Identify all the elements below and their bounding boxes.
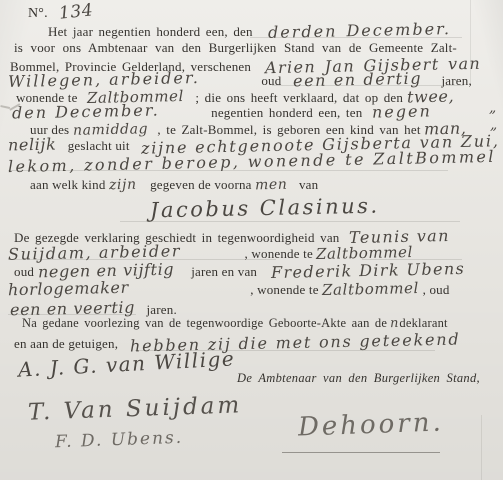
form-line: aan welk kind zijn gegeven de voorna men…: [30, 177, 318, 193]
printed-text: is voor ons Ambtenaar van den Burgerlijk…: [14, 40, 457, 55]
form-rule: [362, 259, 462, 260]
paper-crease: [470, 0, 471, 85]
printed-text: oud: [14, 264, 34, 279]
act-number: N°. 134: [28, 2, 94, 22]
printed-text: en aan de getuigen,: [14, 336, 118, 351]
continuation-mark: „: [489, 100, 496, 116]
act-number-label: N°.: [28, 6, 48, 21]
form-line: lekom, zonder beroep, wonende te ZaltBom…: [8, 152, 496, 171]
handwritten-entry: zijn: [109, 177, 137, 194]
handwritten-entry: lekom, zonder beroep, wonende te ZaltBom…: [8, 147, 496, 176]
official-signature: Dehoorn.: [298, 407, 445, 442]
handwritten-entry: derden December.: [268, 19, 451, 42]
handwritten-entry: Zaltbommel: [322, 279, 419, 299]
paper-crease: [481, 415, 482, 480]
handwritten-entry: n: [390, 316, 399, 331]
printed-text: aan welk kind: [30, 177, 106, 192]
witness2-signature: F. D. Ubens.: [55, 428, 184, 452]
form-rule: [272, 85, 464, 86]
form-line: Na gedane voorlezing van de tegenwoordig…: [22, 316, 448, 331]
form-rule: [250, 37, 462, 38]
handwritten-entry: horlogemaker: [8, 278, 129, 300]
printed-text: deklarant: [399, 316, 447, 330]
form-rule: [8, 259, 276, 260]
witness1-signature: T. Van Suijdam: [28, 392, 243, 425]
form-line: horlogemaker , wonende te Zaltbommel , o…: [8, 279, 450, 298]
printed-text: Na gedane voorlezing van de tegenwoordig…: [22, 316, 387, 330]
form-rule: [8, 314, 136, 315]
child-name-line: Jacobus Clasinus.: [150, 196, 380, 220]
birth-certificate-scan: N°. 134 Het jaar negentien honderd een, …: [0, 0, 503, 480]
printed-text: , wonende te: [250, 282, 318, 297]
signature-underline: [282, 452, 440, 453]
form-rule: [120, 221, 460, 222]
form-line: oud negen en vijftig jaren en van Freder…: [14, 261, 465, 280]
printed-text: Het jaar negentien honderd een, den: [48, 24, 253, 39]
handwritten-entry: men: [255, 177, 288, 194]
printed-text: gegeven de voorna: [150, 177, 252, 192]
child-name: Jacobus Clasinus.: [150, 194, 380, 223]
official-title: De Ambtenaar van den Burgerlijken Stand,: [237, 371, 480, 386]
form-rule: [135, 350, 435, 351]
form-rule: [8, 170, 448, 171]
printed-text: jaren.: [146, 302, 176, 317]
printed-text: jaren en van: [191, 264, 257, 279]
printed-text: geslacht uit: [68, 138, 130, 153]
printed-text: negentien honderd een, ten: [211, 105, 362, 120]
form-line: is voor ons Ambtenaar van den Burgerlijk…: [14, 40, 457, 56]
printed-text: van: [299, 177, 318, 192]
printed-text: , oud: [423, 282, 450, 297]
